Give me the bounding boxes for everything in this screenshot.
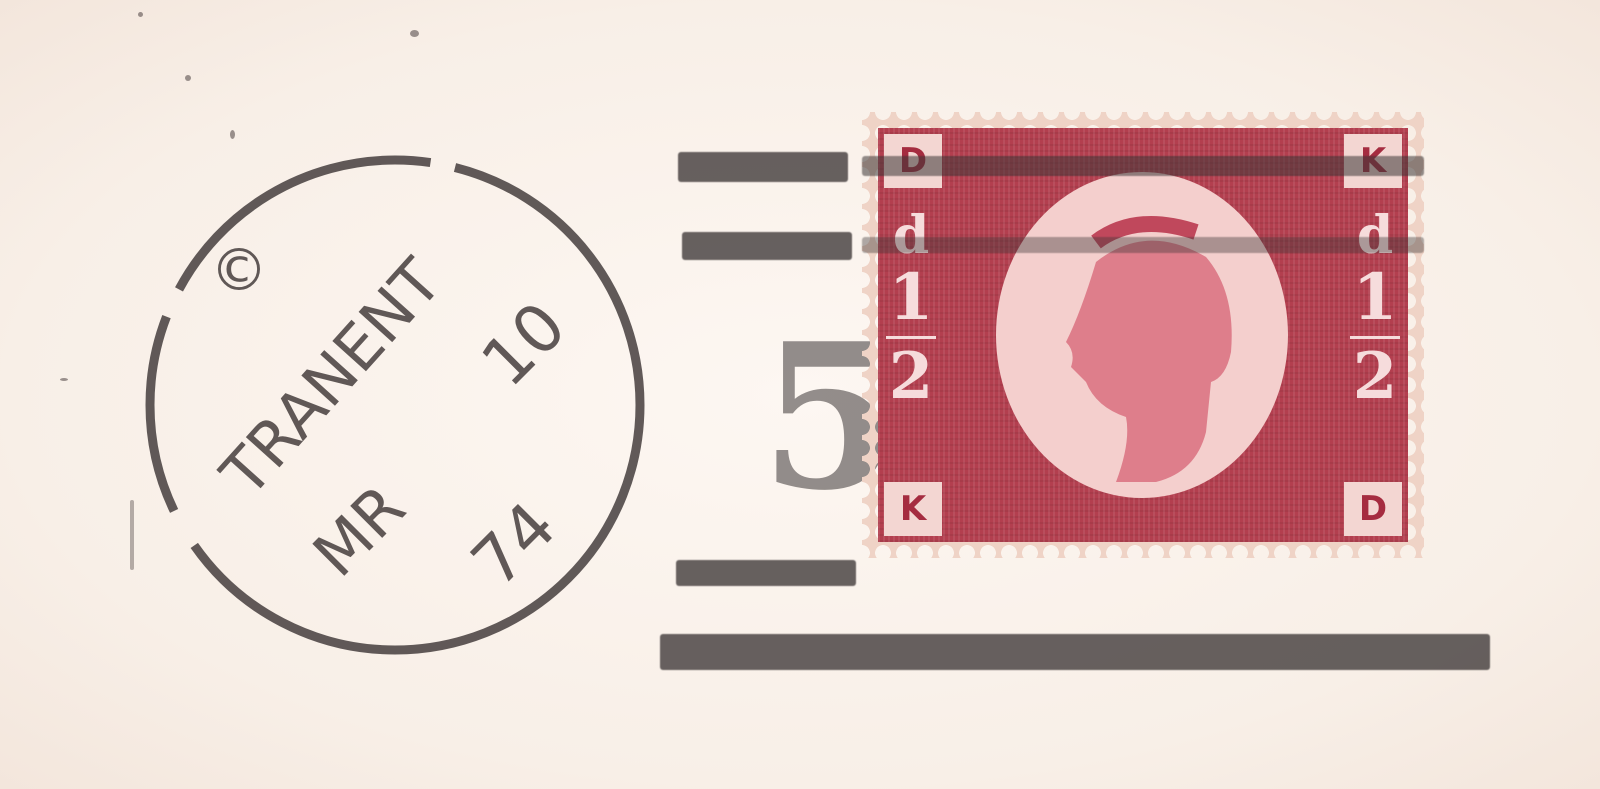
postmark-day: 10 <box>467 287 581 401</box>
ink-speck <box>410 30 419 37</box>
ink-speck <box>138 12 143 17</box>
circular-date-postmark: © TRANENT MR 10 74 <box>140 140 660 660</box>
cancel-bar <box>660 634 1490 670</box>
postage-stamp: D K K D d 1 2 d 1 2 <box>862 112 1424 558</box>
stamp-design: D K K D d 1 2 d 1 2 <box>878 128 1408 542</box>
queen-portrait-oval <box>996 172 1288 498</box>
postmark-code: © <box>210 236 268 304</box>
ink-speck <box>60 378 68 381</box>
corner-letter-bottom-left: K <box>884 482 942 536</box>
cancel-bar-on-stamp <box>862 237 1424 253</box>
cancel-bar <box>676 560 856 586</box>
ink-speck <box>130 500 134 570</box>
cancel-bar <box>678 152 848 182</box>
ink-speck <box>185 75 191 81</box>
cancel-bar <box>682 232 852 260</box>
ink-speck <box>230 130 235 139</box>
postmark-month: MR <box>299 471 419 591</box>
cancel-bar-on-stamp <box>862 156 1424 176</box>
postmark-year: 74 <box>457 487 571 601</box>
corner-letter-bottom-right: D <box>1344 482 1402 536</box>
